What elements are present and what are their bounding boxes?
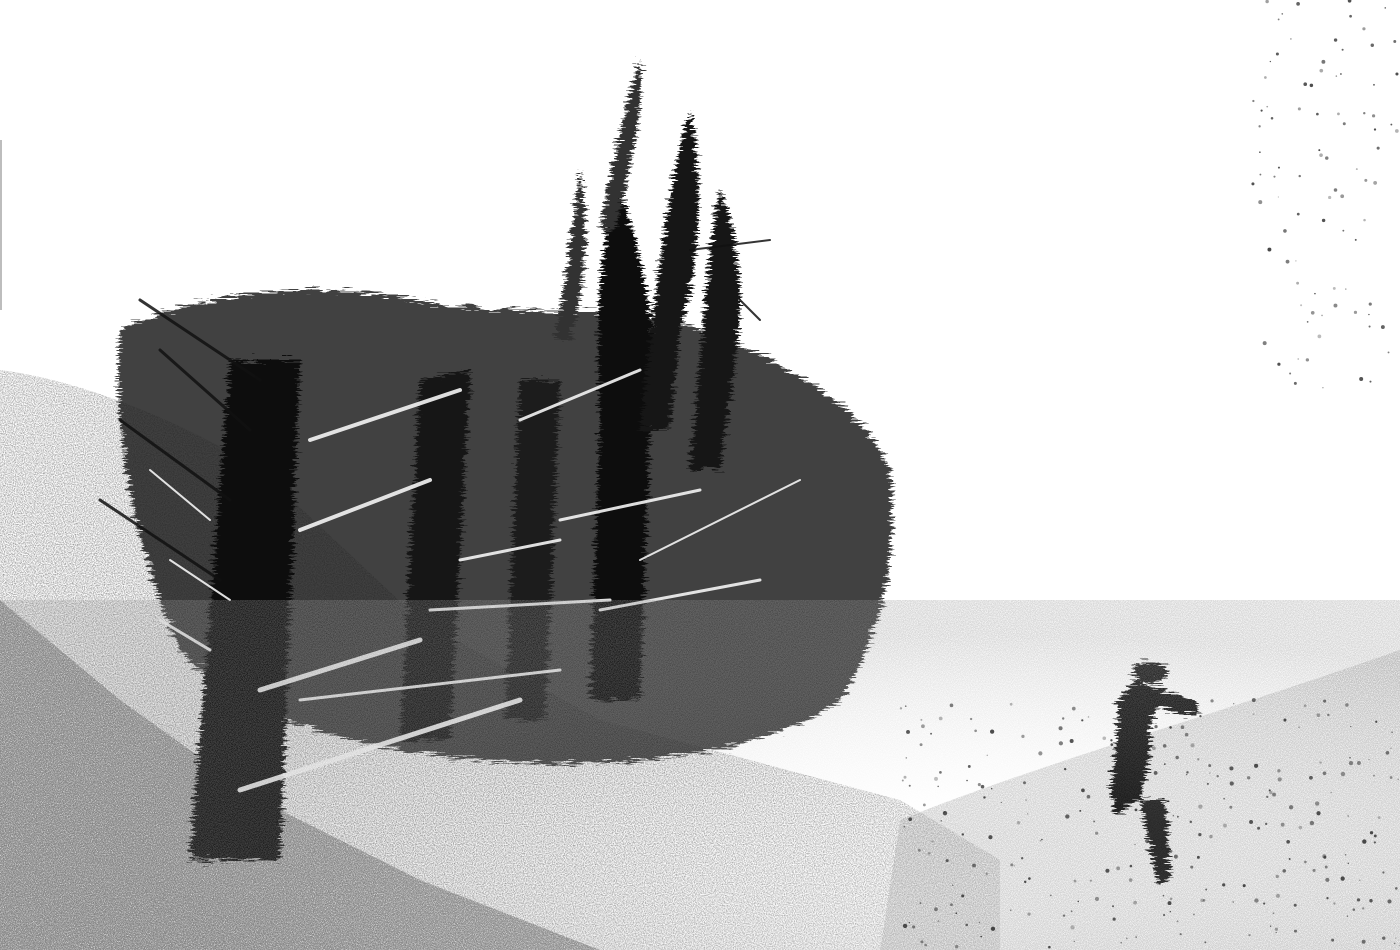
charcoal-artwork xyxy=(0,0,1400,950)
snow-ground xyxy=(0,600,1400,950)
scene-canvas xyxy=(0,0,1400,950)
